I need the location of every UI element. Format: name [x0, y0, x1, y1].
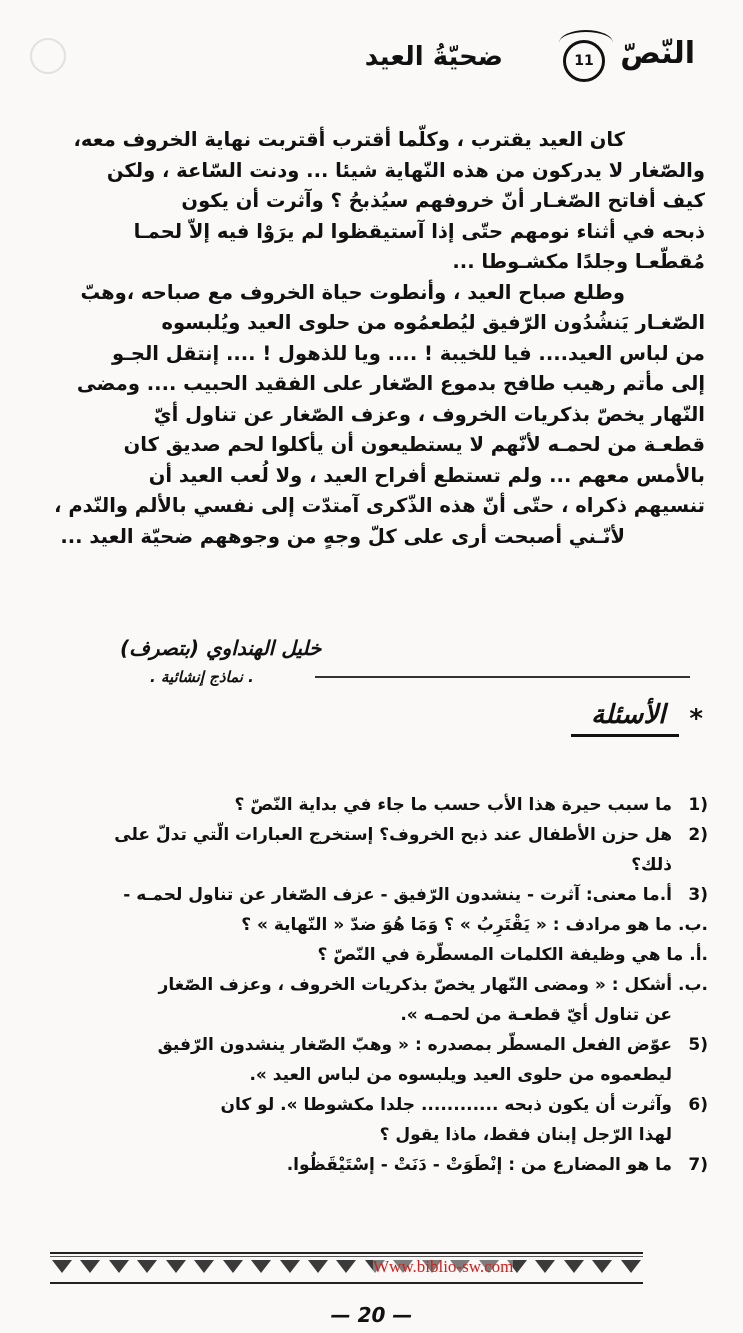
- passage-paragraph-1: كان العيد يقترب ، وكلّما أقترب أقتربت نه…: [30, 125, 705, 278]
- document-page: النّصّ 11 ضحيّةُ العيد كان العيد يقترب ،…: [0, 0, 743, 1333]
- text-label: النّصّ: [620, 36, 695, 71]
- passage-line: النّهار يخصّ بذكريات الخروف ، وعزف الصّغ…: [30, 400, 705, 431]
- passage-line: كان العيد يقترب ، وكلّما أقترب أقتربت نه…: [30, 125, 705, 156]
- question-number: 3): [682, 880, 708, 910]
- passage-line: إلى مأتم رهيب طافح بدموع الصّغار على الف…: [30, 369, 705, 400]
- questions-list: 1) ما سبب حيرة هذا الأب حسب ما جاء في بد…: [40, 790, 708, 1180]
- ornament-rule: [50, 1256, 643, 1257]
- questions-heading-label: الأسئلة: [571, 700, 679, 737]
- question-line: لهذا الرّجل إبنان فقط، ماذا يقول ؟: [40, 1120, 672, 1150]
- question-number: 1): [682, 790, 708, 820]
- triangle-ornament-icon: [564, 1260, 584, 1273]
- question-line: هل حزن الأطفال عند ذبح الخروف؟ إستخرج ال…: [40, 820, 672, 850]
- source-attribution: . نماذج إنشائية .: [150, 668, 254, 686]
- asterisk-icon: *: [689, 706, 703, 732]
- questions-heading: * الأسئلة: [571, 700, 703, 737]
- question-item: 3) أ.ما معنى: آثرت - ينشدون الرّفيق - عز…: [40, 880, 708, 940]
- passage-line: مُقطّعـا وجلدًا مكشـوطا ...: [30, 247, 705, 278]
- passage-line: ذبحه في أثناء نومهم حتّى إذا آستيقظوا لم…: [30, 217, 705, 248]
- ornament-rule: [50, 1282, 643, 1284]
- triangle-ornament-icon: [280, 1260, 300, 1273]
- text-number-badge: 11: [563, 40, 605, 82]
- passage: كان العيد يقترب ، وكلّما أقترب أقتربت نه…: [30, 125, 705, 552]
- ornamental-border: [50, 1252, 643, 1284]
- passage-line: تنسيهم ذكراه ، حتّى أنّ هذه الذّكرى آمتد…: [30, 491, 705, 522]
- question-line: .ب. أشكل : « ومضى النّهار يخصّ بذكريات ا…: [40, 970, 708, 1000]
- question-item: 7) ما هو المضارع من : إنْطَوَتْ - دَنَتْ…: [40, 1150, 708, 1180]
- question-line: ليطعموه من حلوى العيد ويلبسوه من لباس ال…: [40, 1060, 672, 1090]
- triangle-ornament-icon: [336, 1260, 356, 1273]
- page-title: ضحيّةُ العيد: [365, 42, 503, 72]
- triangle-ornament-icon: [166, 1260, 186, 1273]
- question-item: 2) هل حزن الأطفال عند ذبح الخروف؟ إستخرج…: [40, 820, 708, 880]
- passage-line: لأنّـني أصبحت أرى على كلّ وجهٍ من وجوههم…: [30, 522, 705, 553]
- question-line: .ب. ما هو مرادف : « يَقْتَرِبُ » ؟ وَمَا…: [40, 910, 708, 940]
- passage-line: كيف أفاتح الصّغـار أنّ خروفهم سيُذبحُ ؟ …: [30, 186, 705, 217]
- question-item: 4) .أ. ما هي وظيفة الكلمات المسطّرة في ا…: [40, 940, 708, 1030]
- question-item: 6) وآثرت أن يكون ذبحه ............ جلدا …: [40, 1090, 708, 1150]
- page-number: — 20 —: [0, 1303, 743, 1327]
- question-line: ما سبب حيرة هذا الأب حسب ما جاء في بداية…: [40, 790, 672, 820]
- triangle-ornament-icon: [137, 1260, 157, 1273]
- triangle-ornament-icon: [251, 1260, 271, 1273]
- triangle-ornament-icon: [194, 1260, 214, 1273]
- question-line: ذلك؟: [40, 850, 672, 880]
- triangle-ornament-icon: [223, 1260, 243, 1273]
- question-number: 6): [682, 1090, 708, 1120]
- question-line: وآثرت أن يكون ذبحه ............ جلدا مكش…: [40, 1090, 672, 1120]
- triangle-ornament-icon: [80, 1260, 100, 1273]
- passage-line: الصّغـار يَنشُدُون الرّفيق ليُطعمُوه من …: [30, 308, 705, 339]
- triangle-ornament-icon: [535, 1260, 555, 1273]
- section-divider: [315, 676, 690, 678]
- question-number: 2): [682, 820, 708, 850]
- question-item: 1) ما سبب حيرة هذا الأب حسب ما جاء في بد…: [40, 790, 708, 820]
- triangle-ornament-icon: [109, 1260, 129, 1273]
- triangle-ornament-icon: [52, 1260, 72, 1273]
- passage-line: قطعـة من لحمـه لأنّهم لا يستطيعون أن يأك…: [30, 430, 705, 461]
- passage-paragraph-2: وطلع صباح العيد ، وأنطوت حياة الخروف مع …: [30, 278, 705, 553]
- question-line: ما هو المضارع من : إنْطَوَتْ - دَنَتْ - …: [40, 1150, 672, 1180]
- passage-line: والصّغار لا يدركون من هذه النّهاية شيئا …: [30, 156, 705, 187]
- question-number: 7): [682, 1150, 708, 1180]
- page-header: النّصّ 11 ضحيّةُ العيد: [40, 28, 703, 88]
- triangle-ornament-icon: [621, 1260, 641, 1273]
- question-line: أ.ما معنى: آثرت - ينشدون الرّفيق - عزف ا…: [40, 880, 672, 910]
- author-attribution: خليل الهنداوي (بتصرف): [120, 636, 321, 660]
- question-number: 5): [682, 1030, 708, 1060]
- ornament-triangles: [50, 1260, 643, 1273]
- passage-line: بالأمس معهم ... ولم تستطع أفراح العيد ، …: [30, 461, 705, 492]
- question-line: .أ. ما هي وظيفة الكلمات المسطّرة في النّ…: [40, 940, 708, 970]
- ornament-rule: [50, 1252, 643, 1254]
- triangle-ornament-icon: [592, 1260, 612, 1273]
- passage-line: وطلع صباح العيد ، وأنطوت حياة الخروف مع …: [30, 278, 705, 309]
- triangle-ornament-icon: [308, 1260, 328, 1273]
- question-line: عوّض الفعل المسطّر بمصدره : « وهبّ الصّغ…: [40, 1030, 672, 1060]
- question-item: 5) عوّض الفعل المسطّر بمصدره : « وهبّ ال…: [40, 1030, 708, 1090]
- watermark-link[interactable]: Www.biblio-sw.com: [373, 1257, 513, 1277]
- question-line: عن تناول أيّ قطعـة من لحمـه ».: [40, 1000, 708, 1030]
- passage-line: من لباس العيد.... فيا للخيبة ! .... ويا …: [30, 339, 705, 370]
